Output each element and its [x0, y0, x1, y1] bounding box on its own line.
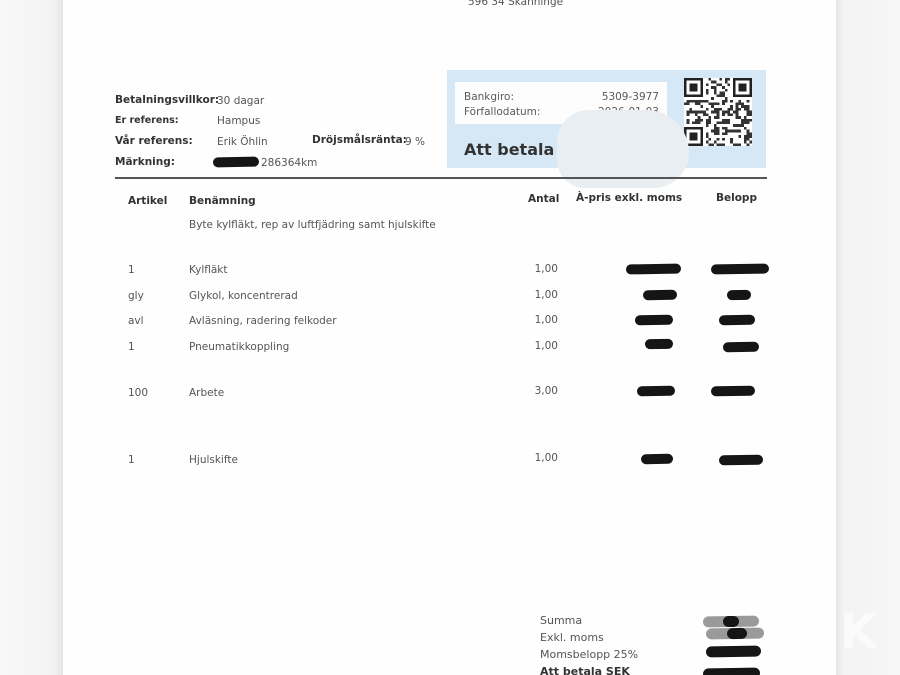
sum-redaction-dark — [723, 616, 739, 627]
row-amount-redaction — [723, 342, 759, 353]
row-article: 1 — [128, 264, 135, 276]
late-interest-value: 9 % — [405, 136, 425, 148]
excl-vat-redaction-dark — [727, 628, 747, 639]
row-description: Glykol, koncentrerad — [189, 290, 298, 302]
payment-terms-value: 30 dagar — [217, 95, 264, 107]
invoice-intro-text: Byte kylfläkt, rep av luftfjädring samt … — [189, 219, 436, 231]
sum-label: Summa — [540, 614, 582, 627]
qr-code-icon — [684, 78, 752, 146]
row-description: Pneumatikkoppling — [189, 341, 289, 353]
vat-label: Momsbelopp 25% — [540, 648, 638, 661]
row-amount-redaction — [711, 263, 769, 274]
row-amount-redaction — [727, 290, 751, 300]
divider — [115, 177, 767, 179]
marking-label: Märkning: — [115, 156, 175, 168]
header-unit-price: À-pris exkl. moms — [576, 192, 682, 204]
header-description: Benämning — [189, 195, 256, 207]
header-quantity: Antal — [528, 193, 559, 205]
row-amount-redaction — [719, 315, 755, 326]
your-reference-label: Er referens: — [115, 115, 179, 126]
row-article: 1 — [128, 454, 135, 466]
row-amount-redaction — [719, 455, 763, 466]
row-unit-price-redaction — [643, 290, 677, 301]
amount-to-pay-label: Att betala S — [464, 140, 571, 159]
your-reference-value: Hampus — [217, 115, 260, 127]
our-reference-label: Vår referens: — [115, 135, 193, 147]
row-unit-price-redaction — [641, 454, 673, 465]
our-reference-value: Erik Öhlin — [217, 136, 268, 148]
background-right — [836, 0, 900, 675]
row-quantity: 1,00 — [518, 314, 558, 326]
vat-redaction — [706, 646, 761, 658]
address-line: 596 34 Skänninge — [468, 0, 563, 8]
row-article: gly — [128, 290, 144, 302]
row-amount-redaction — [711, 386, 755, 397]
marking-value: 286364km — [261, 157, 317, 169]
row-unit-price-redaction — [635, 315, 673, 326]
header-article: Artikel — [128, 195, 167, 207]
background-left — [0, 0, 63, 675]
row-quantity: 1,00 — [518, 263, 558, 275]
row-unit-price-redaction — [637, 386, 675, 397]
row-quantity: 1,00 — [518, 340, 558, 352]
to-pay-redaction — [703, 668, 760, 675]
excl-vat-label: Exkl. moms — [540, 631, 604, 644]
row-unit-price-redaction — [626, 264, 681, 275]
row-description: Hjulskifte — [189, 454, 238, 466]
bankgiro-value: 5309-3977 — [602, 91, 659, 103]
due-date-label: Förfallodatum: — [464, 106, 540, 118]
header-amount: Belopp — [716, 192, 757, 204]
row-article: 1 — [128, 341, 135, 353]
payment-terms-label: Betalningsvillkor: — [115, 94, 219, 106]
row-quantity: 1,00 — [518, 289, 558, 301]
row-description: Arbete — [189, 387, 224, 399]
row-article: 100 — [128, 387, 148, 399]
row-quantity: 1,00 — [518, 452, 558, 464]
row-quantity: 3,00 — [518, 385, 558, 397]
watermark-logo: K — [840, 604, 877, 660]
row-unit-price-redaction — [645, 339, 673, 349]
to-pay-label: Att betala SEK — [540, 665, 630, 675]
invoice-page: 596 34 Skänninge Betalningsvillkor: 30 d… — [63, 0, 836, 675]
late-interest-label: Dröjsmålsränta: — [312, 134, 407, 146]
bankgiro-label: Bankgiro: — [464, 91, 514, 103]
row-article: avl — [128, 315, 144, 327]
row-description: Kylfläkt — [189, 264, 228, 276]
redaction-mark — [213, 157, 259, 168]
row-description: Avläsning, radering felkoder — [189, 315, 337, 327]
